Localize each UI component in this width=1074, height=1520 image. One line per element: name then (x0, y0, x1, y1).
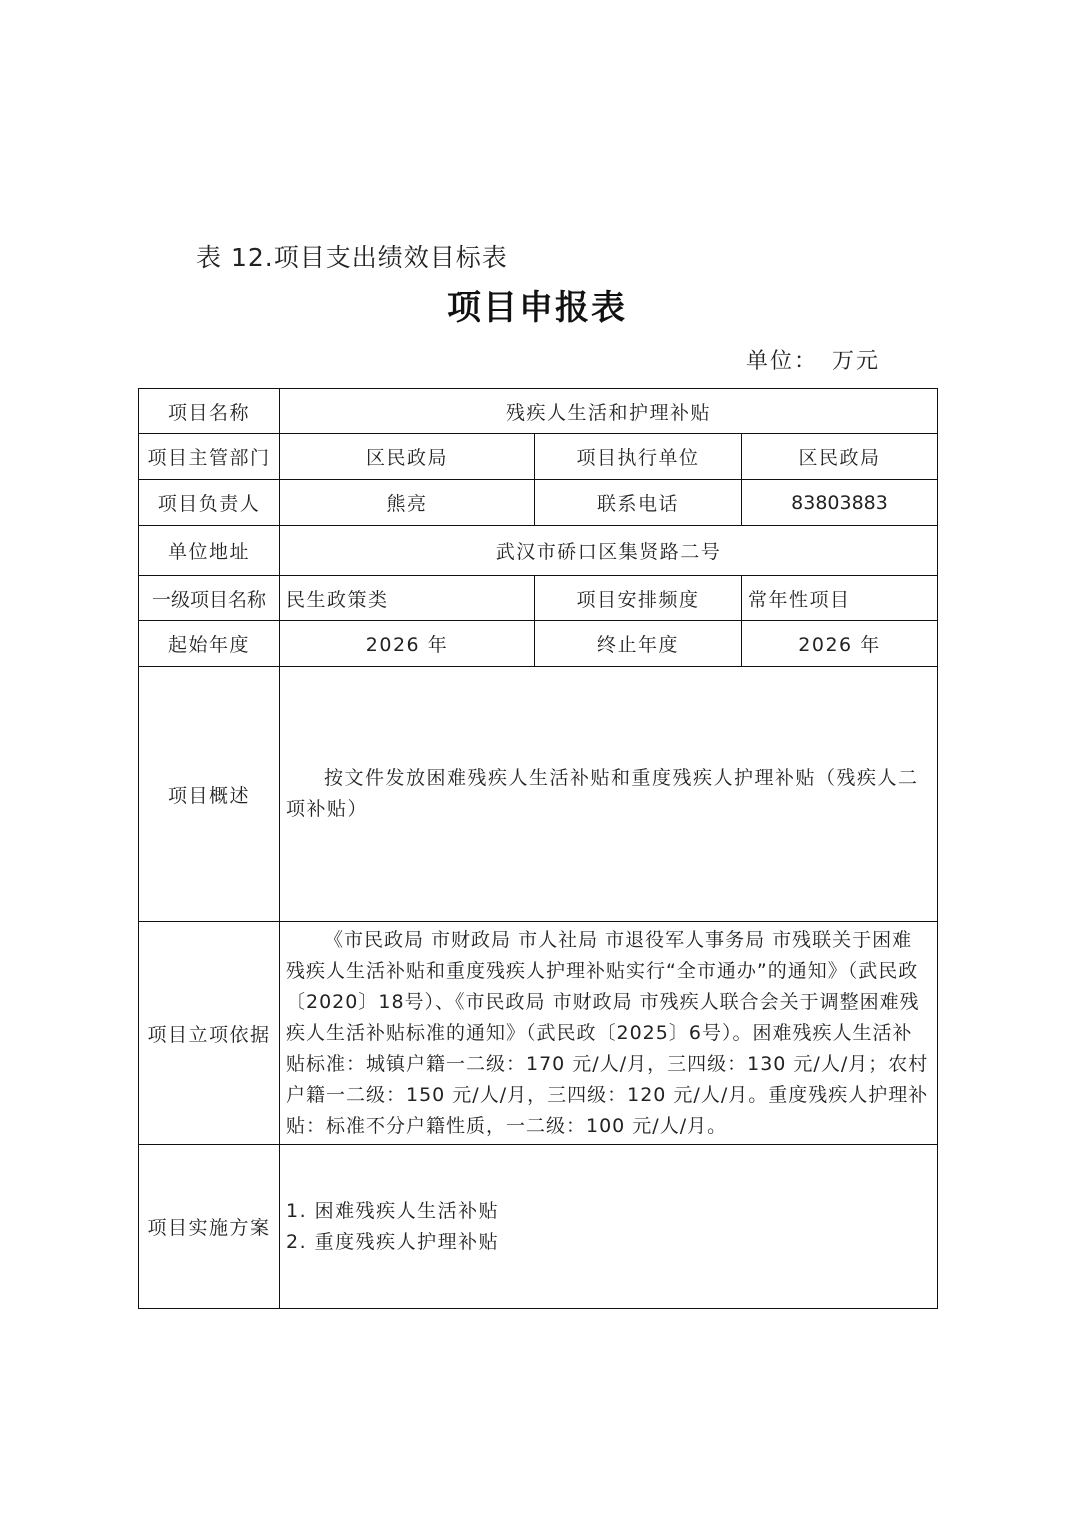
page-title: 项目申报表 (0, 280, 1074, 329)
end-year-label: 终止年度 (535, 621, 742, 667)
project-application-table: 项目名称 残疾人生活和护理补贴 项目主管部门 区民政局 项目执行单位 区民政局 … (138, 388, 938, 1309)
department-label: 项目主管部门 (139, 434, 280, 480)
overview-value: 按文件发放困难残疾人生活补贴和重度残疾人护理补贴（残疾人二项补贴） (286, 763, 931, 825)
plan-label: 项目实施方案 (139, 1145, 280, 1309)
row-leader: 项目负责人 熊亮 联系电话 83803883 (139, 480, 938, 526)
phone-label: 联系电话 (535, 480, 742, 526)
start-year-value: 2026 年 (280, 621, 535, 667)
row-years: 起始年度 2026 年 终止年度 2026 年 (139, 621, 938, 667)
address-label: 单位地址 (139, 526, 280, 576)
basis-cell: 《市民政局 市财政局 市人社局 市退役军人事务局 市残联关于困难残疾人生活补贴和… (280, 922, 938, 1145)
address-value: 武汉市硚口区集贤路二号 (280, 526, 938, 576)
unit-value: 万元 (832, 349, 880, 374)
overview-label: 项目概述 (139, 667, 280, 922)
basis-label: 项目立项依据 (139, 922, 280, 1145)
frequency-value: 常年性项目 (742, 576, 938, 621)
category-value: 民生政策类 (280, 576, 535, 621)
row-basis: 项目立项依据 《市民政局 市财政局 市人社局 市退役军人事务局 市残联关于困难残… (139, 922, 938, 1145)
project-name-value: 残疾人生活和护理补贴 (280, 389, 938, 434)
plan-cell: 1. 困难残疾人生活补贴 2. 重度残疾人护理补贴 (280, 1145, 938, 1309)
plan-item-1: 1. 困难残疾人生活补贴 (286, 1196, 931, 1227)
start-year-label: 起始年度 (139, 621, 280, 667)
category-label: 一级项目名称 (139, 576, 280, 621)
basis-value: 《市民政局 市财政局 市人社局 市退役军人事务局 市残联关于困难残疾人生活补贴和… (286, 925, 931, 1142)
row-address: 单位地址 武汉市硚口区集贤路二号 (139, 526, 938, 576)
exec-unit-value: 区民政局 (742, 434, 938, 480)
leader-label: 项目负责人 (139, 480, 280, 526)
row-plan: 项目实施方案 1. 困难残疾人生活补贴 2. 重度残疾人护理补贴 (139, 1145, 938, 1309)
department-value: 区民政局 (280, 434, 535, 480)
phone-value: 83803883 (742, 480, 938, 526)
row-overview: 项目概述 按文件发放困难残疾人生活补贴和重度残疾人护理补贴（残疾人二项补贴） (139, 667, 938, 922)
unit-label: 单位： (746, 349, 818, 374)
overview-cell: 按文件发放困难残疾人生活补贴和重度残疾人护理补贴（残疾人二项补贴） (280, 667, 938, 922)
table-caption: 表 12.项目支出绩效目标表 (196, 238, 508, 274)
row-project-name: 项目名称 残疾人生活和护理补贴 (139, 389, 938, 434)
end-year-value: 2026 年 (742, 621, 938, 667)
plan-item-2: 2. 重度残疾人护理补贴 (286, 1227, 931, 1258)
row-department: 项目主管部门 区民政局 项目执行单位 区民政局 (139, 434, 938, 480)
unit-line: 单位：万元 (746, 344, 880, 375)
leader-value: 熊亮 (280, 480, 535, 526)
project-name-label: 项目名称 (139, 389, 280, 434)
exec-unit-label: 项目执行单位 (535, 434, 742, 480)
frequency-label: 项目安排频度 (535, 576, 742, 621)
row-category: 一级项目名称 民生政策类 项目安排频度 常年性项目 (139, 576, 938, 621)
